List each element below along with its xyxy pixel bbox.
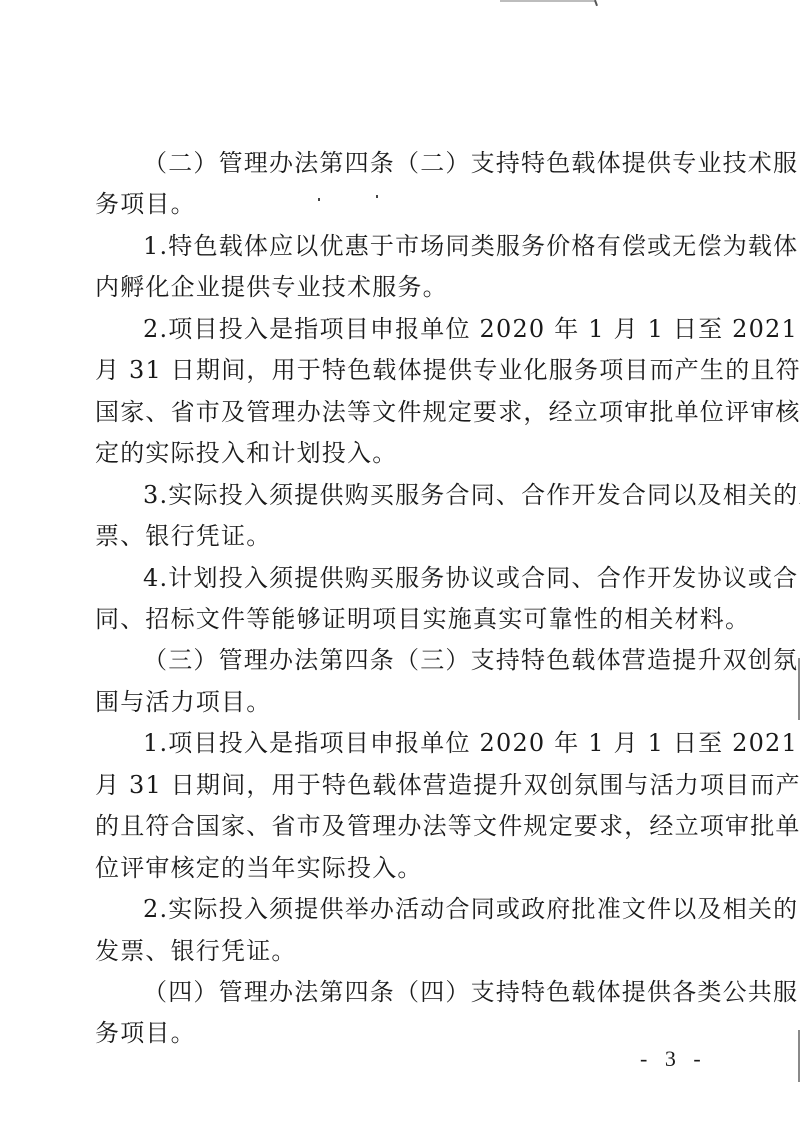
text-line: 位评审核定的当年实际投入。 (95, 853, 715, 883)
scan-artifact-tick (594, 0, 598, 6)
text-line: 务项目。 (95, 1018, 715, 1048)
text-line: 内孵化企业提供专业技术服务。 (95, 272, 715, 302)
text-line: 定的实际投入和计划投入。 (95, 438, 715, 468)
text-line: 同、招标文件等能够证明项目实施真实可靠性的相关材料。 (95, 604, 715, 634)
text-line: （二）管理办法第四条（二）支持特色载体提供专业技术服 (143, 148, 715, 178)
text-line: 围与活力项目。 (95, 687, 715, 717)
text-line: （三）管理办法第四条（三）支持特色载体营造提升双创氛 (143, 645, 715, 675)
text-line: 票、银行凭证。 (95, 521, 715, 551)
text-line: 1.项目投入是指项目申报单位 2020 年 1 月 1 日至 2021 年 12 (143, 728, 715, 758)
text-line: 2.项目投入是指项目申报单位 2020 年 1 月 1 日至 2021 年 12 (143, 314, 715, 344)
text-line: 的且符合国家、省市及管理办法等文件规定要求，经立项审批单 (95, 811, 715, 841)
text-line: 4.计划投入须提供购买服务协议或合同、合作开发协议或合 (143, 563, 715, 593)
scan-artifact-top (500, 0, 595, 2)
text-line: 国家、省市及管理办法等文件规定要求，经立项审批单位评审核 (95, 397, 715, 427)
text-line: 发票、银行凭证。 (95, 936, 715, 966)
text-line: 月 31 日期间，用于特色载体提供专业化服务项目而产生的且符合 (95, 355, 715, 385)
page-number: - 3 - (640, 1046, 707, 1072)
text-line: 月 31 日期间，用于特色载体营造提升双创氛围与活力项目而产生 (95, 770, 715, 800)
text-line: （四）管理办法第四条（四）支持特色载体提供各类公共服 (143, 977, 715, 1007)
text-line: 3.实际投入须提供购买服务合同、合作开发合同以及相关的发 (143, 480, 715, 510)
text-line: 务项目。 (95, 189, 715, 219)
text-line: 2.实际投入须提供举办活动合同或政府批准文件以及相关的 (143, 894, 715, 924)
text-line: 1.特色载体应以优惠于市场同类服务价格有偿或无偿为载体 (143, 231, 715, 261)
document-page: （二）管理办法第四条（二）支持特色载体提供专业技术服务项目。1.特色载体应以优惠… (0, 0, 800, 1124)
